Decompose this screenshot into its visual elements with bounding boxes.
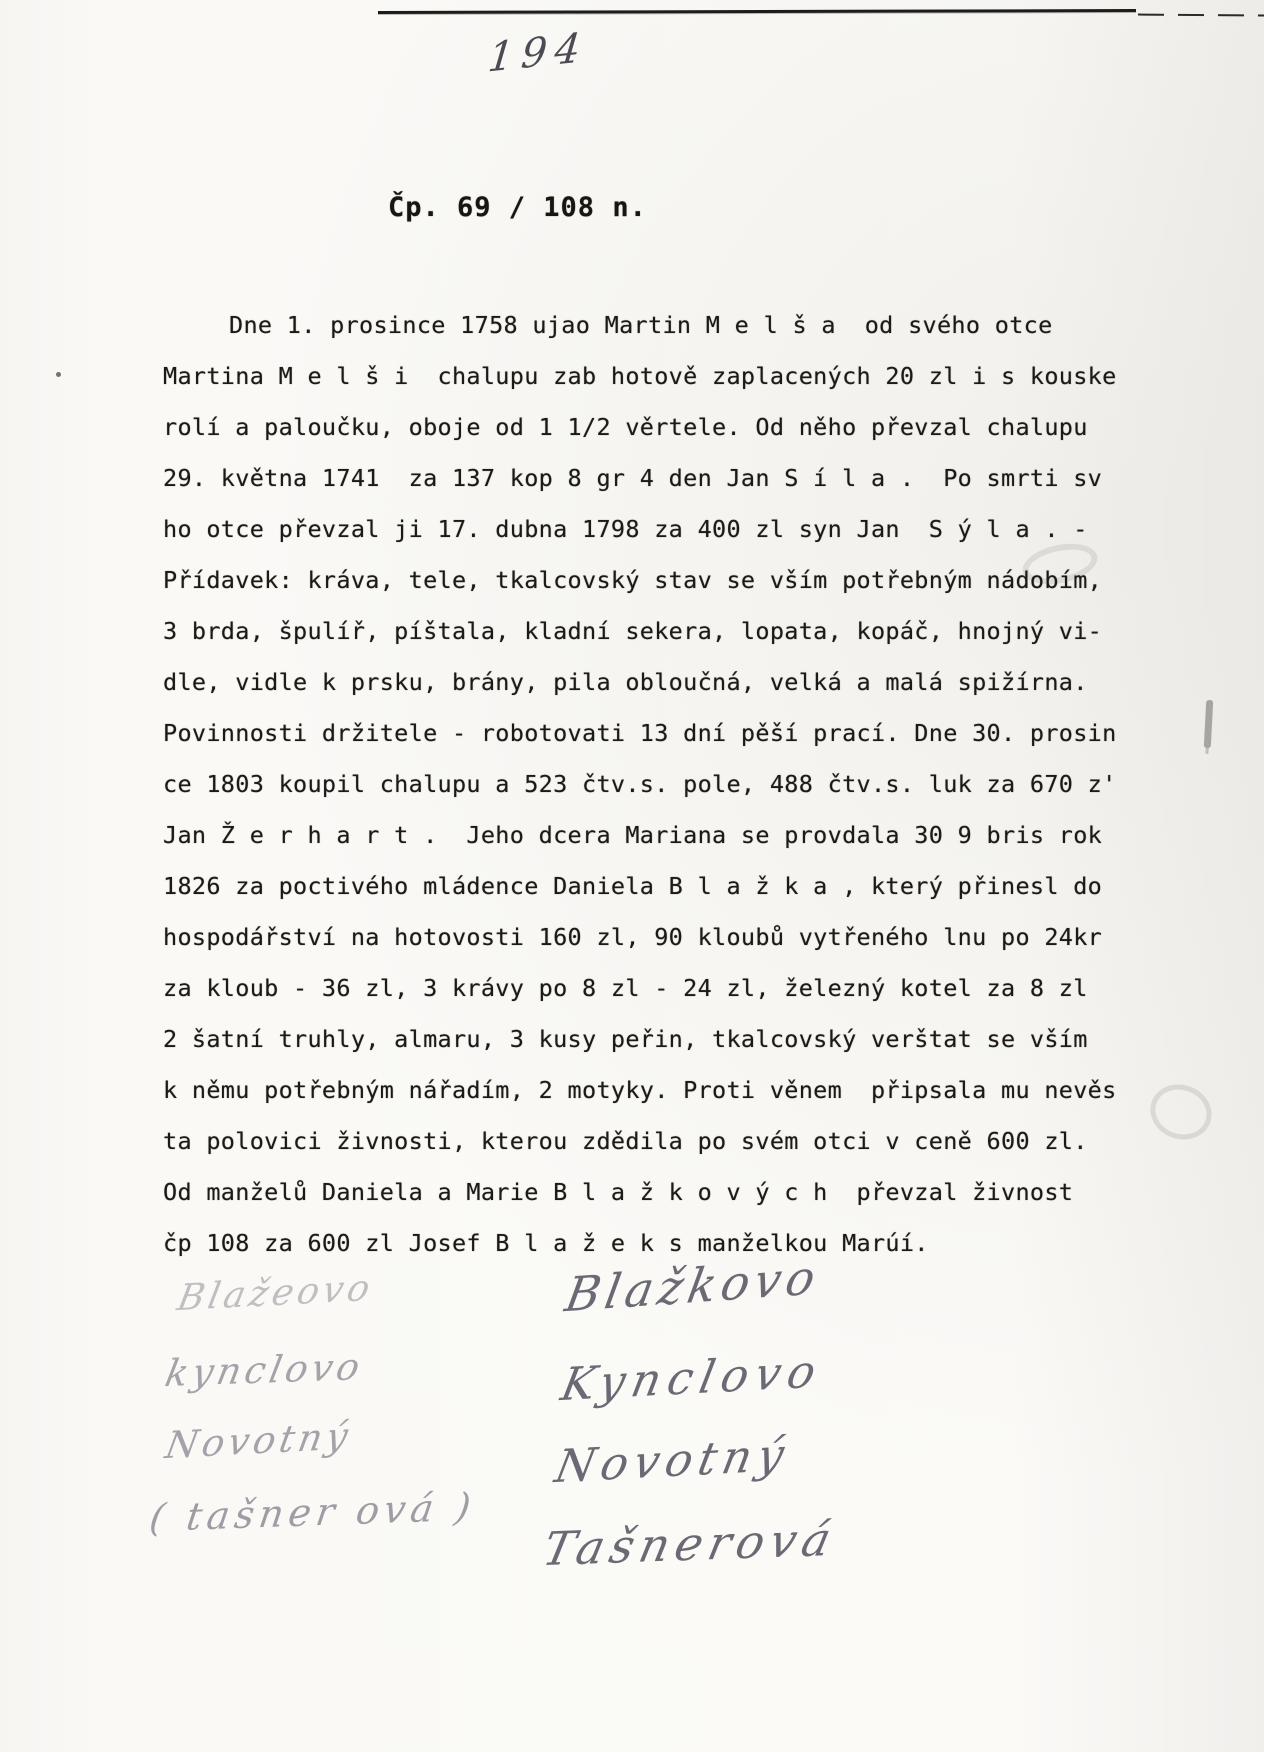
text-line: 2 šatní truhly, almaru, 3 kusy peřin, tk…	[163, 1014, 1143, 1065]
document-body: Dne 1. prosince 1758 ujao Martin M e l š…	[163, 300, 1143, 1269]
scan-smudge	[1143, 1076, 1220, 1148]
text-line: hospodářství na hotovosti 160 zl, 90 klo…	[163, 912, 1143, 963]
text-line: 29. května 1741 za 137 kop 8 gr 4 den Ja…	[163, 453, 1143, 504]
text-line: 3 brda, špulíř, píštala, kladní sekera, …	[163, 606, 1143, 657]
text-line: ta polovici živnosti, kterou zdědila po …	[163, 1116, 1143, 1167]
text-line: Dne 1. prosince 1758 ujao Martin M e l š…	[163, 300, 1143, 351]
text-line: rolí a paloučku, oboje od 1 1/2 věrtele.…	[163, 402, 1143, 453]
handwritten-name: Blažeovo	[174, 1268, 377, 1320]
handwritten-name: Novotný	[551, 1427, 795, 1493]
text-line: Martina M e l š i chalupu zab hotově zap…	[163, 351, 1143, 402]
scanned-page: 194 Čp. 69 / 108 n. Dne 1. prosince 1758…	[0, 0, 1264, 1752]
text-line: Povinnosti držitele - robotovati 13 dní …	[163, 708, 1143, 759]
text-line: dle, vidle k prsku, brány, pila obloučná…	[163, 657, 1143, 708]
text-line: ce 1803 koupil chalupu a 523 čtv.s. pole…	[163, 759, 1143, 810]
text-line: Od manželů Daniela a Marie B l a ž k o v…	[163, 1167, 1143, 1218]
handwritten-page-number: 194	[486, 24, 591, 81]
text-line: k němu potřebným nářadím, 2 motyky. Prot…	[163, 1065, 1143, 1116]
handwritten-name: Kynclovo	[557, 1344, 827, 1411]
document-heading: Čp. 69 / 108 n.	[388, 192, 647, 223]
scan-mark	[1204, 700, 1214, 748]
text-line: Přídavek: kráva, tele, tkalcovský stav s…	[163, 555, 1143, 606]
text-line: za kloub - 36 zl, 3 krávy po 8 zl - 24 z…	[163, 963, 1143, 1014]
scan-edge-line-dashed	[1138, 14, 1264, 17]
handwritten-name: ( tašner ová )	[147, 1485, 478, 1541]
scan-speck	[56, 372, 61, 377]
scan-edge-line	[378, 9, 1136, 14]
text-line: ho otce převzal ji 17. dubna 1798 za 400…	[163, 504, 1143, 555]
handwritten-name: Novotný	[162, 1414, 355, 1467]
handwritten-name: Tašnerová	[538, 1512, 841, 1577]
text-line: 1826 za poctivého mládence Daniela B l a…	[163, 861, 1143, 912]
text-line: Jan Ž e r h a r t . Jeho dcera Mariana s…	[163, 810, 1143, 861]
handwritten-name: kynclovo	[162, 1345, 367, 1395]
